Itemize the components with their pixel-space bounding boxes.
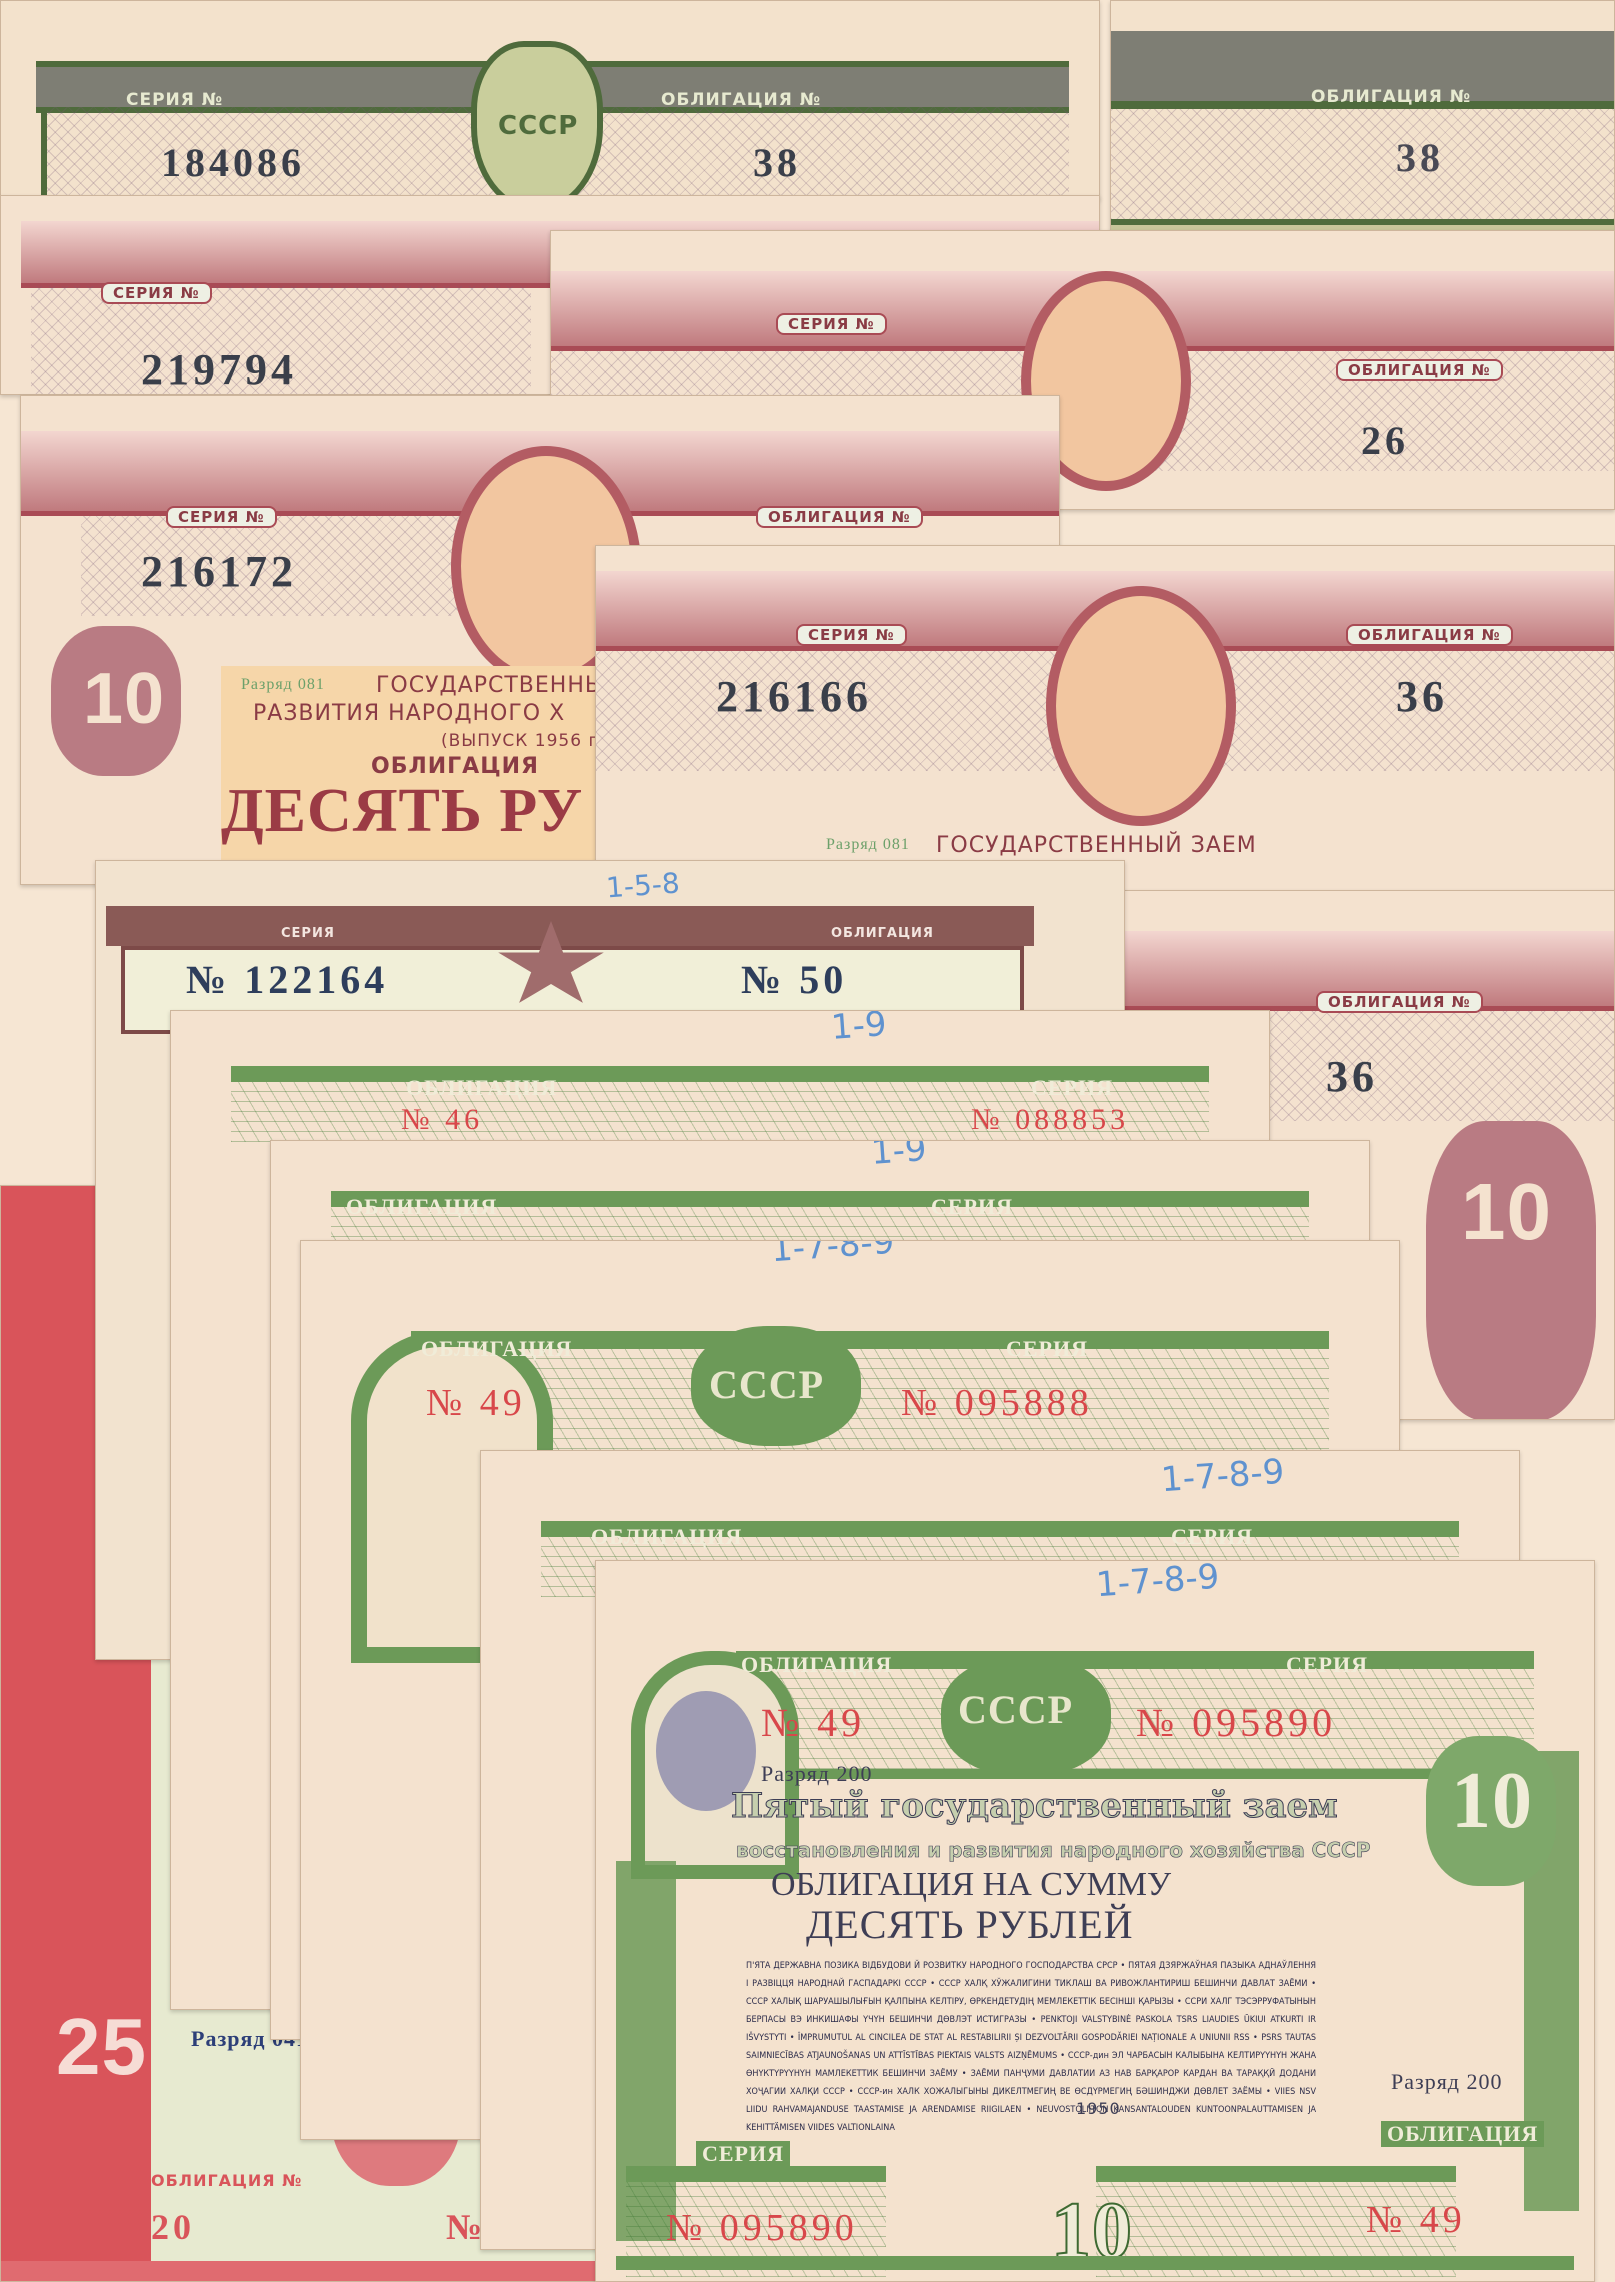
bond-number: 36 (1396, 671, 1448, 722)
bond-label: ОБЛИГАЦИЯ (421, 1336, 572, 1362)
bond-label: ОБЛИГАЦИЯ (831, 926, 934, 941)
bond-label: ОБЛИГАЦИЯ (591, 1524, 742, 1550)
amount-line: ДЕСЯТЬ РУБЛЕЙ (806, 1901, 1133, 1948)
series-number: 184086 (161, 139, 305, 186)
denomination: 10 (83, 658, 165, 740)
razryad: Разряд 081 (826, 836, 910, 854)
razryad: Разряд 081 (241, 676, 325, 694)
emblem-text: СССР (958, 1686, 1073, 1733)
series-number: 219794 (141, 344, 297, 395)
bond-label: ОБЛИГАЦИЯ № (661, 90, 821, 110)
bond-number: № 50 (741, 956, 847, 1003)
bottom-border (616, 2256, 1574, 2270)
series-label: СЕРИЯ (1286, 1652, 1368, 1678)
emblem-text: СССР (498, 111, 578, 141)
title-line-1: Пятый государственный заем (731, 1786, 1338, 1826)
bond-label: ОБЛИГАЦИЯ № (1336, 359, 1503, 381)
series-number: № 095890 (1136, 1699, 1336, 1746)
bond-number: № 46 (401, 1103, 483, 1137)
series-label-bottom: СЕРИЯ (696, 2141, 790, 2167)
bond-number: № 49 (761, 1699, 865, 1746)
bond-number-bottom: № 49 (1366, 2198, 1466, 2242)
bond-number: 26 (1361, 417, 1409, 464)
amount-line: ДЕСЯТЬ РУ (221, 776, 583, 847)
bond-label: ОБЛИГАЦИЯ № (151, 2171, 302, 2190)
series-label: СЕРИЯ № (101, 282, 212, 304)
bond-label: ОБЛИГАЦИЯ № (1316, 991, 1483, 1013)
bond-number: 38 (753, 139, 801, 186)
number-field (1111, 109, 1614, 219)
bond-green-front: 1-7-8-9 ОБЛИГАЦИЯ СЕРИЯ СССР № 49 № 0958… (595, 1560, 1595, 2282)
multilingual-body: П'ЯТА ДЕРЖАВНА ПОЗИКА ВІДБУДОВИ Й РОЗВИТ… (746, 1957, 1316, 2137)
series-number: № 088853 (971, 1103, 1129, 1137)
series-label: СЕРИЯ № (126, 90, 223, 110)
emblem-text: СССР (709, 1361, 824, 1408)
denomination: 25 (56, 2001, 147, 2093)
bond-number: 20 (151, 2206, 195, 2248)
title-line-2: РАЗВИТИЯ НАРОДНОГО Х (253, 701, 565, 726)
title-line-1: ГОСУДАРСТВЕННЫ (376, 673, 605, 698)
bottom-band (1, 2261, 599, 2282)
title-line-2: восстановления и развития народного хозя… (736, 1838, 1370, 1862)
title-line-1: ГОСУДАРСТВЕННЫЙ ЗАЕМ (936, 833, 1257, 858)
series-label: СЕРИЯ (931, 1194, 1013, 1220)
bond-label: ОБЛИГАЦИЯ (346, 1194, 497, 1220)
series-number: 216166 (716, 671, 872, 722)
pencil-mark: 1-5-8 (605, 866, 681, 904)
issue-line: (ВЫПУСК 1956 го (441, 731, 610, 751)
series-label: СЕРИЯ (281, 926, 335, 941)
bond-number: № 49 (426, 1381, 526, 1425)
pencil-mark: 1-7-8-9 (1095, 1560, 1221, 1605)
bond-label: ОБЛИГАЦИЯ № (1311, 87, 1471, 107)
razryad-top: Разряд 200 (761, 1761, 873, 1787)
razryad-bottom: Разряд 200 (1391, 2069, 1503, 2095)
bond-green-top-1: СЕРИЯ № ОБЛИГАЦИЯ № СССР 184086 38 (0, 0, 1100, 200)
series-number: 216172 (141, 546, 297, 597)
denomination: 10 (1451, 1756, 1533, 1847)
bond-label: ОБЛИГАЦИЯ (406, 1075, 557, 1101)
state-emblem (1046, 586, 1236, 826)
series-label: СЕРИЯ (1006, 1336, 1088, 1362)
series-number: № 095888 (901, 1381, 1093, 1425)
pencil-mark: 1-9 (870, 1140, 928, 1173)
bond-number: 38 (1396, 134, 1444, 181)
bond-label: ОБЛИГАЦИЯ (741, 1652, 892, 1678)
series-number: № 122164 (186, 956, 388, 1003)
bond-number: 36 (1326, 1051, 1378, 1102)
year: 1950 (1076, 2099, 1121, 2118)
bond-label-bottom: ОБЛИГАЦИЯ (1381, 2121, 1544, 2147)
pencil-mark: 1-9 (830, 1010, 888, 1048)
denomination: 10 (1461, 1166, 1552, 1258)
series-number-bottom: № 095890 (666, 2206, 858, 2250)
pencil-mark: 1-7-8-9 (770, 1240, 896, 1270)
series-label: СЕРИЯ (1031, 1075, 1113, 1101)
bond-label: ОБЛИГАЦИЯ № (1346, 624, 1513, 646)
bond-label: ОБЛИГАЦИЯ № (756, 506, 923, 528)
series-label: СЕРИЯ № (796, 624, 907, 646)
series-label: СЕРИЯ № (776, 313, 887, 335)
series-label: СЕРИЯ № (166, 506, 277, 528)
series-label: СЕРИЯ (1171, 1524, 1253, 1550)
pencil-mark: 1-7-8-9 (1160, 1452, 1286, 1501)
kind-line: ОБЛИГАЦИЯ НА СУММУ (771, 1866, 1171, 1904)
